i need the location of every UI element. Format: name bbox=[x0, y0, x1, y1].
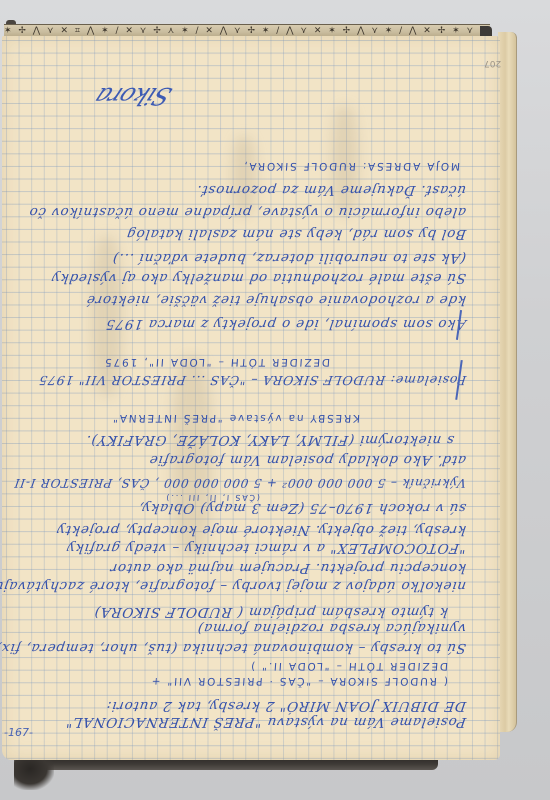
handwritten-line: DEZIDER TÓTH – "LODA II", 1975 bbox=[103, 356, 331, 368]
handwritten-line: účasť. Ďakujeme Vám za pozornosť. bbox=[195, 182, 467, 198]
handwritten-line: niekoľko údajov z mojej tvorby – fotogra… bbox=[0, 578, 467, 594]
signature: Sikora bbox=[91, 82, 177, 110]
handwritten-line: Sú to kresby – kombinovaná technika (tuš… bbox=[0, 640, 467, 656]
handwritten-line: Bol by som rád, keby ste nám zaslali kat… bbox=[125, 226, 467, 242]
handwritten-line: kde a rozhodovanie obsahuje tiež väčšie,… bbox=[85, 292, 467, 308]
handwritten-line: MOJA ADRESA: RUDOLF SIKORA, bbox=[242, 160, 460, 172]
handwritten-line: KRESBY na výstave "PREŠ INTERNA" bbox=[111, 412, 360, 424]
cover-tear bbox=[14, 760, 54, 790]
handwritten-line: atď. Ako doklady posielam Vám fotografie bbox=[148, 452, 467, 468]
handwritten-line: alebo informáciu o výstave, prípadne men… bbox=[28, 204, 467, 220]
handwritten-line: "FOTOCOMPLEX" a v rámci techniky – vtedy… bbox=[65, 540, 467, 556]
handwritten-line: DEZIDER TÓTH – "LODA II." ) bbox=[249, 660, 449, 672]
handwritten-line: kresby, tiež objekty. Niektoré moje konc… bbox=[55, 522, 467, 538]
folio-number: -167- bbox=[4, 726, 33, 739]
handwritten-line: Sú ešte malé rozhodnutia od manželky ako… bbox=[50, 270, 467, 286]
handwritten-line: k týmto kresbám pripájam ( RUDOLF SIKORA… bbox=[93, 604, 449, 620]
handwritten-line: vynikajúca kresba rozdielna forma) bbox=[196, 620, 467, 636]
handwritten-line: Ako som spomínal, ide o projekty z marca… bbox=[104, 316, 467, 332]
handwritten-line: sú v rokoch 1970–75 (Zem 3 mapy) Oblaky, bbox=[137, 500, 467, 516]
page-number: 207 bbox=[484, 58, 501, 68]
handwritten-text-upside-down: Posielame Vám na výstavu "PREŠ INTERNACI… bbox=[2, 36, 500, 760]
handwritten-line: (ČAS I, II, III ...) bbox=[164, 493, 260, 502]
handwritten-line: koncepciu projektu. Pracujem najmä ako a… bbox=[109, 560, 467, 576]
handwritten-line: (Ak ste to neurobili doteraz, budete vďa… bbox=[111, 250, 467, 266]
page-stack-edge bbox=[498, 32, 517, 732]
handwritten-line: s niektorými (FILMY, LAKY, KOLÁŽE, GRAFI… bbox=[85, 432, 456, 448]
handwritten-line: ( RUDOLF SIKORA – "ČAS · PRIESTOR VII" + bbox=[150, 675, 449, 687]
handwritten-line: DE DIBUIX JOAN MIRÓ" 2 kresby, tak 2 aut… bbox=[105, 698, 467, 714]
handwritten-line: Výkričník – 5 000 000 000² + 5 000 000 0… bbox=[13, 476, 467, 490]
handwritten-line: Posielame Vám na výstavu "PREŠ INTERNACI… bbox=[65, 714, 468, 730]
handwritten-line: Posielame: RUDOLF SIKORA – "ČAS ... PRIE… bbox=[37, 373, 467, 388]
